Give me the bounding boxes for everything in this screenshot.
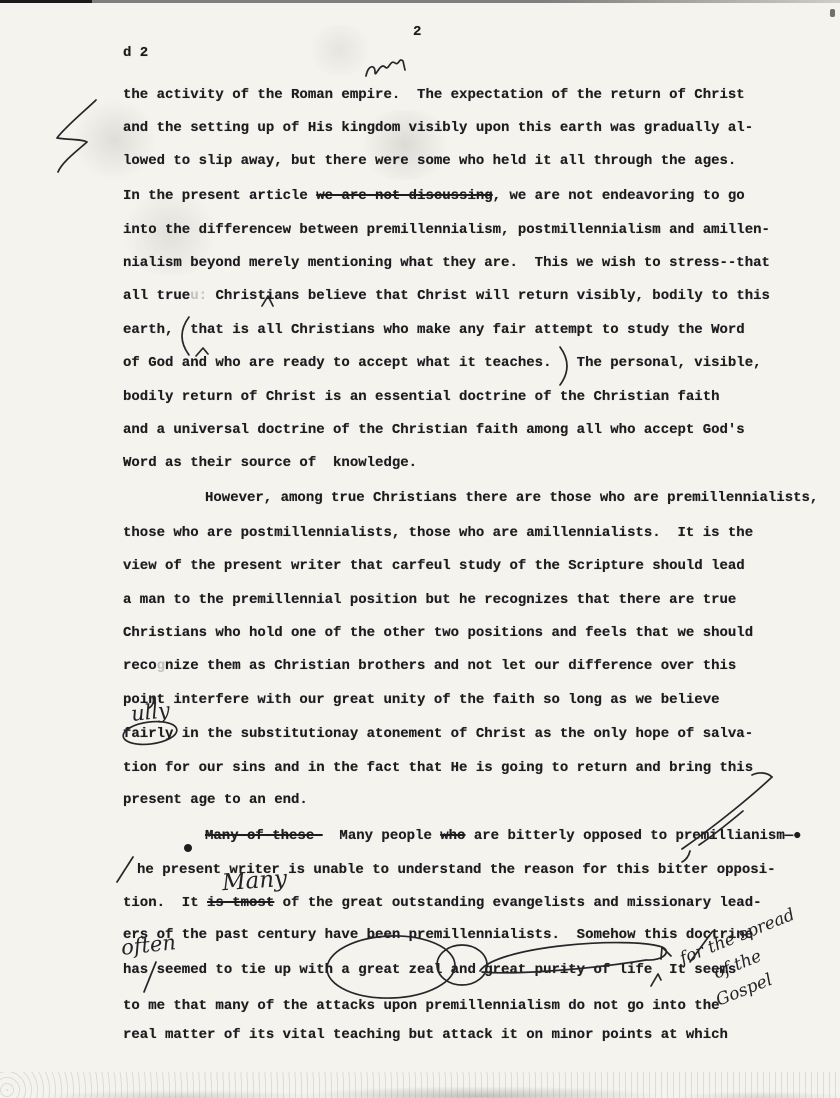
typed-text: point interfere with our great unity of … <box>123 692 720 708</box>
typed-text: to me that many of the attacks upon prem… <box>123 998 720 1014</box>
typed-line: all trueu: Christians believe that Chris… <box>123 288 770 304</box>
typed-text: nize them as Christian brothers and not … <box>165 658 736 674</box>
typed-line: ers of the past century have been premil… <box>123 927 753 943</box>
typed-line: nialism beyond merely mentioning what th… <box>123 255 770 271</box>
slash-through-premillianism-hook <box>752 773 772 777</box>
scan-edge-bottom <box>0 1072 840 1098</box>
handwritten-insert-often: often <box>120 930 177 960</box>
typed-line: Many-of-these- Many people who are bitte… <box>205 828 802 844</box>
paper-stain <box>70 95 160 185</box>
typed-text: of God and who are ready to accept what … <box>123 355 762 371</box>
scan-edge-top <box>0 0 840 3</box>
manuscript-page: 2 d 2 the activity of the Roman empire. … <box>0 0 840 1098</box>
typed-line: fairly in the substitutionay atonement o… <box>123 726 753 742</box>
typed-line: view of the present writer that carfeul … <box>123 558 745 574</box>
arrow-to-margin-note <box>661 947 671 959</box>
typed-line: earth, that is all Christians who make a… <box>123 322 745 338</box>
bullet-dot <box>184 844 192 852</box>
typed-text: , we are not endeavoring to go <box>493 188 745 204</box>
page-number: 2 <box>413 24 421 40</box>
typed-text: Christians believe that Christ will retu… <box>215 288 770 304</box>
typed-line: Christians who hold one of the other two… <box>123 625 753 641</box>
typed-line: and the setting up of His kingdom visibl… <box>123 120 753 136</box>
handwritten-margin-note: for the spread of the Gospel <box>676 902 818 1020</box>
typed-text: earth, that is all Christians who make a… <box>123 322 745 338</box>
typed-line: present age to an end. <box>123 792 308 808</box>
typed-line: and a universal doctrine of the Christia… <box>123 422 745 438</box>
typed-line: to me that many of the attacks upon prem… <box>123 998 720 1014</box>
handwritten-insert-many: Many <box>221 866 288 896</box>
typed-text: Christians who hold one of the other two… <box>123 625 753 641</box>
typed-line: tion. It is tmost of the great outstandi… <box>123 895 762 911</box>
typed-line: into the differencew between premillenni… <box>123 222 770 238</box>
typed-line: bodily return of Christ is an essential … <box>123 389 720 405</box>
typed-text: Word as their source of knowledge. <box>123 455 417 471</box>
typed-text: into the differencew between premillenni… <box>123 222 770 238</box>
typed-text: bodily return of Christ is an essential … <box>123 389 720 405</box>
typed-line: Word as their source of knowledge. <box>123 455 417 471</box>
typed-text: those who are postmillennialists, those … <box>123 525 753 541</box>
caret-before-he <box>117 857 133 882</box>
typed-text: In the present article <box>123 188 316 204</box>
typed-text: has seemed to tie up with a great zeal a… <box>123 962 736 978</box>
scan-speck <box>830 9 835 17</box>
corner-note: d 2 <box>123 45 148 61</box>
typed-text: lowed to slip away, but there were some … <box>123 153 736 169</box>
typed-line: a man to the premillennial position but … <box>123 592 736 608</box>
typed-line: tion for our sins and in the fact that H… <box>123 760 753 776</box>
typed-text: reco <box>123 658 157 674</box>
typed-text: fairly in the substitutionay atonement o… <box>123 726 753 742</box>
typed-text: However, among true Christians there are… <box>205 490 818 506</box>
comma-under-premilli <box>682 851 690 862</box>
typed-text: present age to an end. <box>123 792 308 808</box>
typed-line: recognize them as Christian brothers and… <box>123 658 736 674</box>
typed-text: view of the present writer that carfeul … <box>123 558 745 574</box>
typed-text: tion for our sins and in the fact that H… <box>123 760 753 776</box>
struck-text: Many-of-these- <box>205 828 323 844</box>
typed-text: the activity of the Roman empire. The ex… <box>123 87 745 103</box>
struck-text: we are not discussing <box>316 188 492 204</box>
typed-text: are bitterly opposed to premillianism—● <box>465 828 801 844</box>
typed-line: has seemed to tie up with a great zeal a… <box>123 962 736 978</box>
typed-text: of the great outstanding evangelists and… <box>274 895 761 911</box>
typed-line: those who are postmillennialists, those … <box>123 525 753 541</box>
typed-text: real matter of its vital teaching but at… <box>123 1027 728 1043</box>
struck-text: who <box>440 828 465 844</box>
typed-text: g <box>157 658 165 674</box>
typed-line: However, among true Christians there are… <box>205 490 818 506</box>
typed-text: ers of the past century have been premil… <box>123 927 753 943</box>
typed-text: a man to the premillennial position but … <box>123 592 736 608</box>
typed-line: lowed to slip away, but there were some … <box>123 153 736 169</box>
typed-text: and a universal doctrine of the Christia… <box>123 422 745 438</box>
typed-text: Many people <box>323 828 441 844</box>
typed-text: u: <box>190 288 215 304</box>
struck-text: is tmost <box>207 895 274 911</box>
typed-line: point interfere with our great unity of … <box>123 692 720 708</box>
typed-text: all true <box>123 288 190 304</box>
paper-stain <box>300 25 380 75</box>
typed-text: and the setting up of His kingdom visibl… <box>123 120 753 136</box>
typed-text: tion. It <box>123 895 207 911</box>
typed-line: of God and who are ready to accept what … <box>123 355 762 371</box>
typed-line: real matter of its vital teaching but at… <box>123 1027 728 1043</box>
typed-line: In the present article we are not discus… <box>123 188 745 204</box>
handwritten-insert-fully: ully <box>130 698 171 726</box>
typed-text: nialism beyond merely mentioning what th… <box>123 255 770 271</box>
typed-line: the activity of the Roman empire. The ex… <box>123 87 745 103</box>
